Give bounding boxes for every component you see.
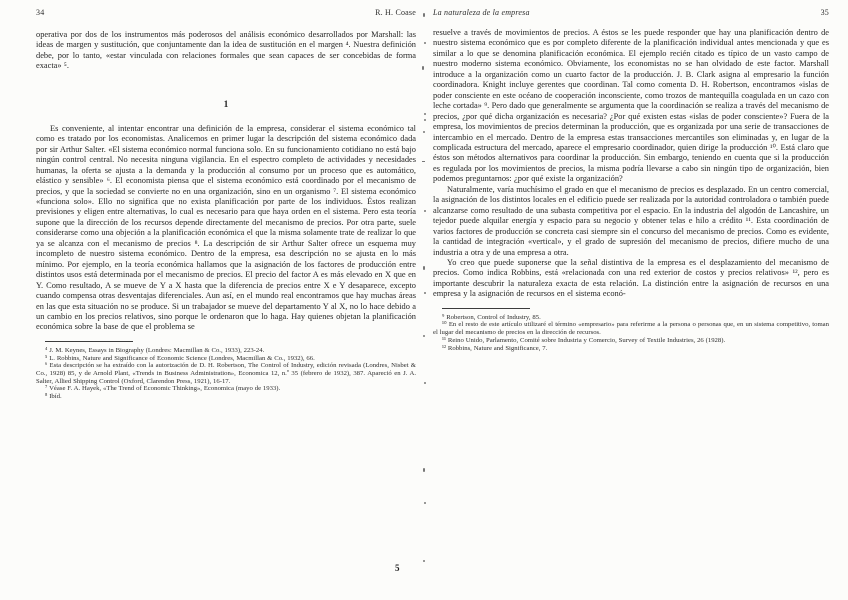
footnote-divider <box>45 341 133 342</box>
scan-speck <box>422 161 425 162</box>
page-number-left: 34 <box>36 8 44 17</box>
footnote: ¹² Robbins, Nature and Significance, 7. <box>433 345 829 353</box>
paragraph: Naturalmente, varía muchísimo el grado e… <box>433 185 829 258</box>
scan-speck <box>423 131 425 133</box>
running-title-right: La naturaleza de la empresa <box>433 8 530 17</box>
signature-mark: 5 <box>395 564 400 572</box>
footnote: ⁴ J. M. Keynes, Essays in Biography (Lon… <box>36 347 416 355</box>
footnote: ¹¹ Reino Unido, Parlamento, Comité sobre… <box>433 337 829 345</box>
page-number-right: 35 <box>821 8 829 17</box>
running-title-left: R. H. Coase <box>375 8 416 17</box>
footnote: ¹⁰ En el resto de este artículo utilizar… <box>433 321 829 336</box>
scan-speck <box>424 113 426 115</box>
paragraph: Es conveniente, al intentar encontrar un… <box>36 124 416 333</box>
scan-speck <box>422 66 424 70</box>
footnotes-right: ⁹ Robertson, Control of Industry, 85. ¹⁰… <box>433 314 829 353</box>
footnote: ⁷ Véase F. A. Hayek, «The Trend of Econo… <box>36 385 416 393</box>
paragraph: Yo creo que puede suponerse que la señal… <box>433 258 829 300</box>
scan-speck <box>424 502 426 504</box>
footnote: ⁸ Ibíd. <box>36 393 416 401</box>
page-right: La naturaleza de la empresa 35 resuelve … <box>433 8 829 352</box>
scan-speck <box>423 468 425 472</box>
paragraph: operativa por dos de los instrumentos má… <box>36 30 416 72</box>
scan-speck <box>423 266 425 270</box>
running-head-left: 34 R. H. Coase <box>36 8 416 18</box>
scan-speck <box>424 292 426 294</box>
footnote: ⁶ Esta descripción se ha extraído con la… <box>36 362 416 385</box>
footnotes-left: ⁴ J. M. Keynes, Essays in Biography (Lon… <box>36 347 416 401</box>
section-heading: 1 <box>36 100 416 110</box>
scan-speck <box>424 210 426 212</box>
scan-speck <box>423 335 425 337</box>
paragraph: resuelve a través de movimientos de prec… <box>433 28 829 185</box>
scan-speck <box>423 13 425 17</box>
scan-speck <box>424 42 426 44</box>
scan-speck <box>424 382 426 384</box>
scan-speck <box>424 119 426 121</box>
footnote: ⁵ L. Robbins, Nature and Significance of… <box>36 355 416 363</box>
scan-speck <box>423 560 425 562</box>
page-left: 34 R. H. Coase operativa por dos de los … <box>36 8 416 401</box>
running-head-right: La naturaleza de la empresa 35 <box>433 8 829 18</box>
footnote-divider <box>442 308 530 309</box>
